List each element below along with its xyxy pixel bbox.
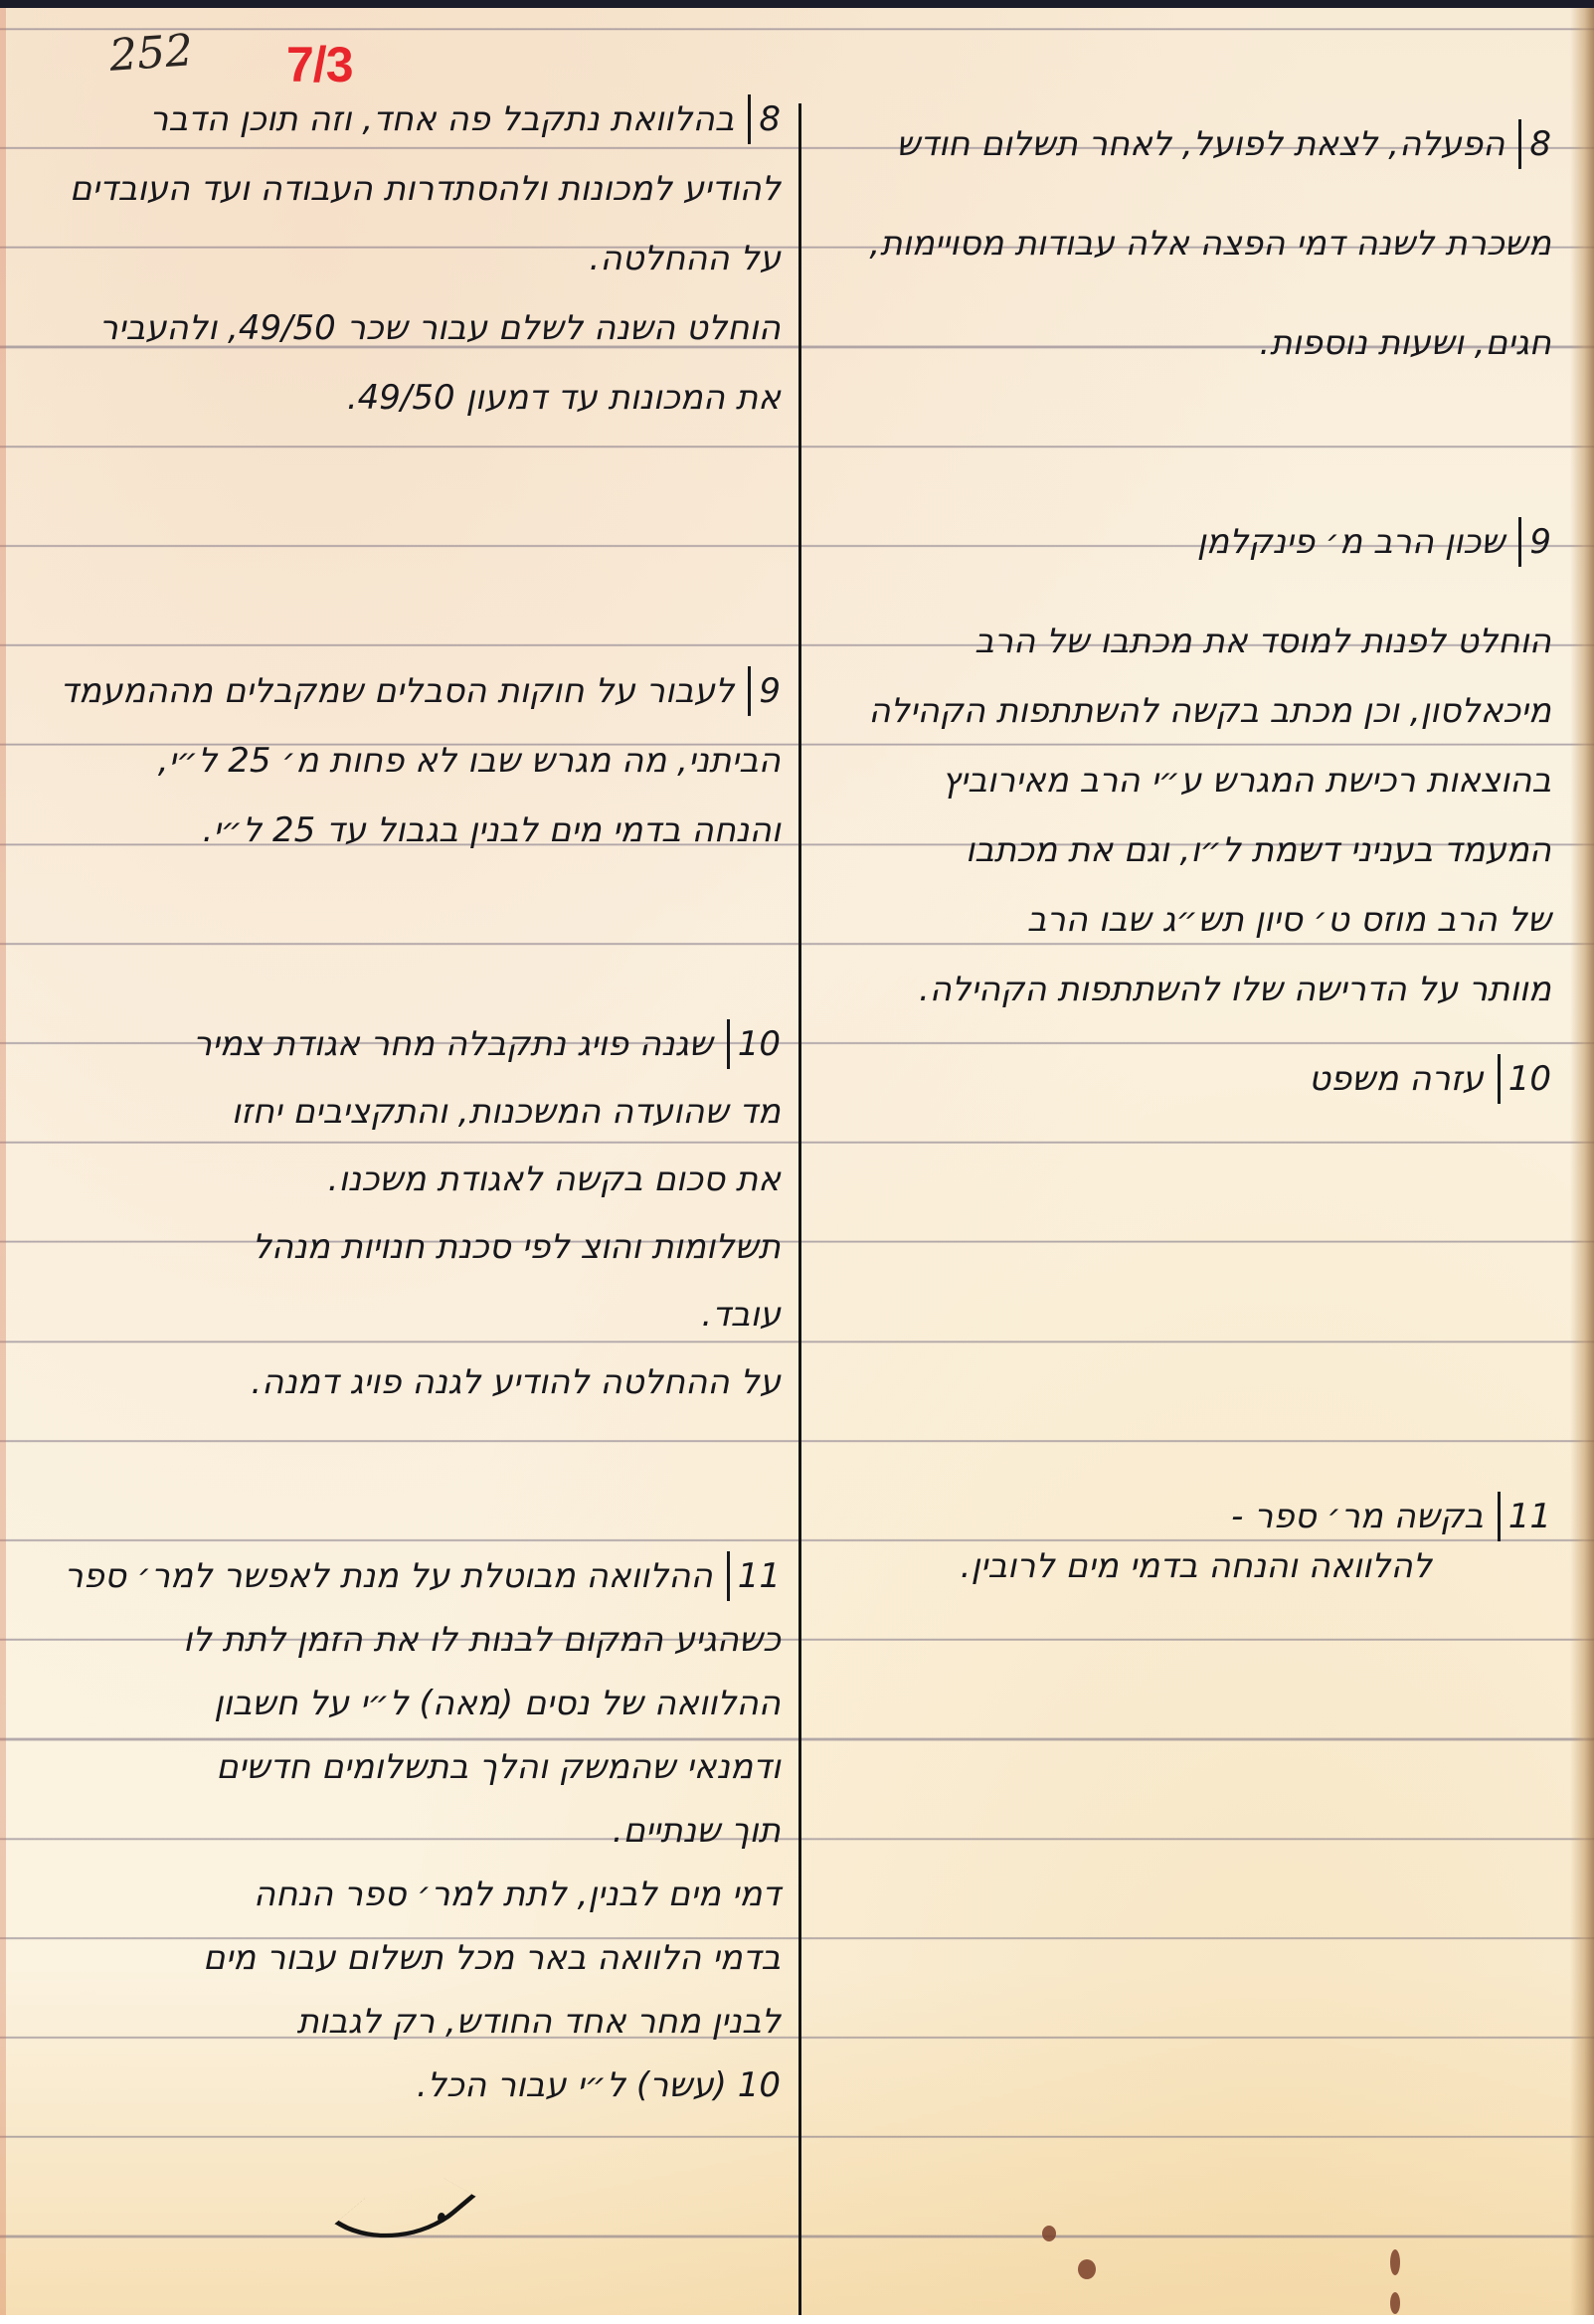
item-number: 9	[748, 666, 781, 716]
item-text: שכון הרב מ׳ פינקלמן	[1197, 522, 1505, 562]
item-text: את המכונות עד דמעון 49/50.	[70, 373, 781, 423]
item-number: 9	[1518, 517, 1551, 567]
item-number: 10	[727, 1019, 781, 1069]
item-text: הביתני, מה מגרש שבו לא פחות מ׳ 25 ל״י,	[70, 736, 781, 786]
ink-stain	[1390, 2292, 1400, 2314]
agenda-item: 10שגנה פויג נתקבלה מחר אגודת צמיר מד שהו…	[70, 1019, 781, 1425]
item-text: ודמנאי שהמשק והלך בתשלומים חדשים	[70, 1742, 781, 1792]
item-text: בהוצאות רכישת המגרש ע״י הרב מאירוביץ	[825, 756, 1551, 805]
item-text: בהלוואת נתקבל פה אחד, וזה תוכן הדבר	[149, 99, 734, 139]
item-text: תשלומות והוצ לפי סכנת חנויות מנהל	[70, 1222, 781, 1272]
item-text: ההלוואה של נסים (מאה) ל״י על חשבון	[70, 1679, 781, 1728]
item-text: את סכום בקשה לאגודת משכנו.	[70, 1155, 781, 1204]
page-binding-shadow	[1570, 8, 1594, 2315]
item-number: 11	[1498, 1492, 1551, 1541]
page-number: 252	[107, 25, 194, 82]
item-text: בקשה מר׳ ספר -	[1231, 1497, 1484, 1536]
ink-stain	[1078, 2259, 1096, 2279]
agenda-item: 10עזרה משפט	[825, 1054, 1551, 1154]
agenda-item: 8הפעלה, לצאת לפועל, לאחר תשלום חודש משכר…	[825, 119, 1551, 418]
item-text: מיכאלסון, וכן מכתב בקשה להשתתפות הקהילה	[825, 686, 1551, 736]
item-text: הוחלט לפנות למוסד את מכתבו של הרב	[825, 617, 1551, 666]
item-text: ההלוואה מבוטלת על מנת לאפשר למר׳ ספר	[64, 1556, 712, 1596]
item-text: על ההחלטה להודיע לגנה פויג דמנה.	[70, 1357, 781, 1407]
item-text: דמי מים לבנין, לתת למר׳ ספר הנחה	[70, 1870, 781, 1919]
ink-stain	[1390, 2249, 1400, 2275]
item-text: עזרה משפט	[1309, 1059, 1484, 1099]
item-text: מוותר על הדרישה שלו להשתתפות הקהילה.	[825, 965, 1551, 1014]
page-left-edge	[0, 8, 6, 2315]
item-text: בדמי הלוואה באר מכל תשלום עבור מים	[70, 1933, 781, 1983]
agenda-item: 11ההלוואה מבוטלת על מנת לאפשר למר׳ ספר כ…	[70, 1551, 781, 2124]
item-text: עובד.	[70, 1290, 781, 1340]
item-text: משכרת לשנה דמי הפצה אלה עבודות מסויימות,	[825, 219, 1551, 268]
column-divider	[798, 103, 801, 2315]
item-text: שגנה פויג נתקבלה מחר אגודת צמיר	[193, 1024, 713, 1064]
item-text: הפעלה, לצאת לפועל, לאחר תשלום חודש	[896, 124, 1505, 164]
agenda-item: 11בקשה מר׳ ספר - להלוואה והנחה בדמי מים …	[825, 1492, 1551, 1641]
item-text: של הרב מוזס ט׳ סיון תש״ג שבו הרב	[825, 895, 1551, 945]
item-text: כשהגיע המקום לבנות לו את הזמן לתת לו	[70, 1615, 781, 1665]
item-number: 10	[1498, 1054, 1551, 1104]
scan-bottom-edge	[0, 2315, 1594, 2324]
agenda-item: 9שכון הרב מ׳ פינקלמן הוחלט לפנות למוסד א…	[825, 517, 1551, 1034]
item-text: לבנין מחר אחד החודש, רק לגבות	[70, 1997, 781, 2047]
item-number: 8	[1518, 119, 1551, 169]
date-stamp: 7/3	[286, 36, 353, 93]
item-text: המעמד בעניני דשמת ל״ו, וגם את מכתבו	[825, 825, 1551, 875]
item-text: חגים, ושעות נוספות.	[825, 318, 1551, 368]
item-text: הוחלט השנה לשלם עבור שכר 49/50, ולהעביר	[70, 303, 781, 353]
item-text: תוך שנתיים.	[70, 1806, 781, 1856]
agenda-item: 9לעבור על חוקות הסבלים שמקבלים מההמעמד ה…	[70, 666, 781, 875]
scan-top-edge	[0, 0, 1594, 8]
signature-dot	[438, 2213, 445, 2223]
item-text: מד שהועדה המשכנות, והתקציבים יחזו	[70, 1087, 781, 1137]
item-number: 11	[727, 1551, 781, 1601]
item-text: 10 (עשר) ל״י עבור הכל.	[70, 2060, 781, 2110]
ink-stain	[1042, 2226, 1056, 2241]
item-text: להודיע למכונות ולהסתדרות העבודה ועד העוב…	[70, 164, 781, 214]
item-text: על ההחלטה.	[70, 234, 781, 283]
item-text: לעבור על חוקות הסבלים שמקבלים מההמעמד	[60, 671, 734, 711]
item-text: והנחה בדמי מים לבנין בגבול עד 25 ל״י.	[70, 805, 781, 855]
item-text: להלוואה והנחה בדמי מים לרובין.	[825, 1541, 1551, 1591]
item-number: 8	[748, 94, 781, 144]
agenda-item: 8בהלוואת נתקבל פה אחד, וזה תוכן הדבר להו…	[70, 94, 781, 443]
